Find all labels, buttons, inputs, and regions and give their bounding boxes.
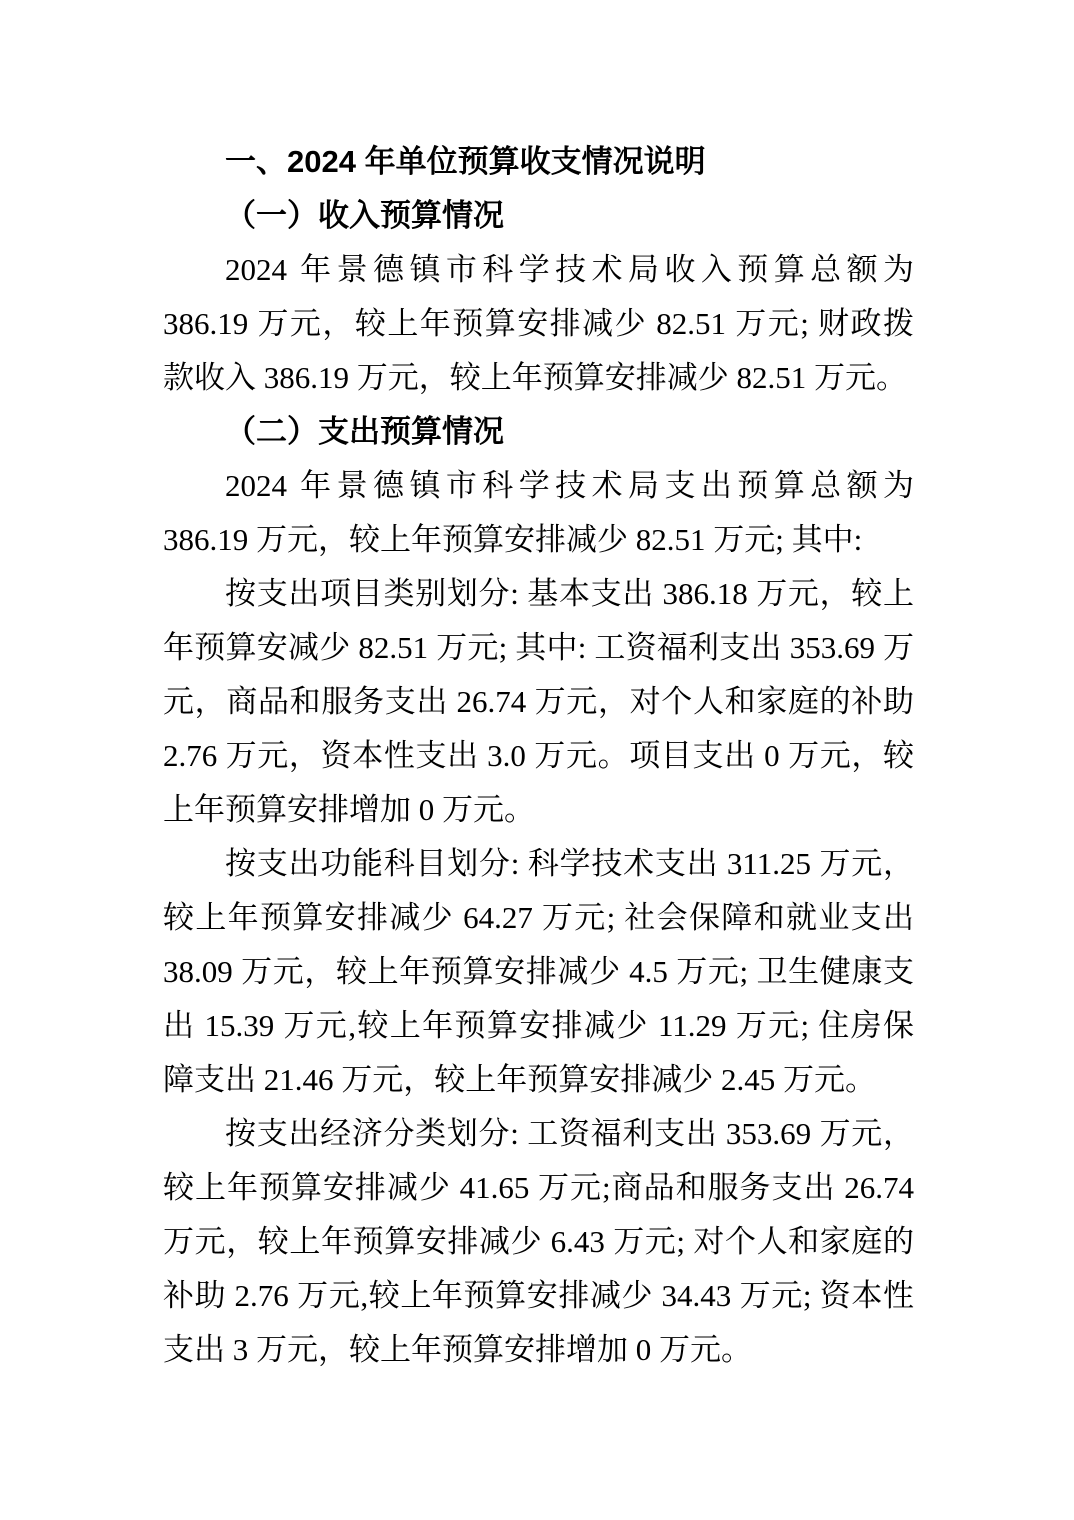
expenditure-by-project-category-paragraph: 按支出项目类别划分: 基本支出 386.18 万元，较上年预算安减少 82.51… — [163, 567, 914, 837]
expenditure-by-economic-classification-paragraph: 按支出经济分类划分: 工资福利支出 353.69 万元，较上年预算安排减少 41… — [163, 1107, 914, 1377]
expenditure-by-function-paragraph: 按支出功能科目划分: 科学技术支出 311.25 万元，较上年预算安排减少 64… — [163, 837, 914, 1107]
income-summary-paragraph: 2024 年景德镇市科学技术局收入预算总额为 386.19 万元，较上年预算安排… — [163, 243, 914, 405]
expenditure-summary-paragraph: 2024 年景德镇市科学技术局支出预算总额为 386.19 万元，较上年预算安排… — [163, 459, 914, 567]
main-heading: 一、2024 年单位预算收支情况说明 — [163, 135, 914, 189]
document-page: 一、2024 年单位预算收支情况说明 （一）收入预算情况 2024 年景德镇市科… — [0, 0, 1074, 1520]
income-section-heading: （一）收入预算情况 — [163, 189, 914, 243]
expenditure-section-heading: （二）支出预算情况 — [163, 405, 914, 459]
